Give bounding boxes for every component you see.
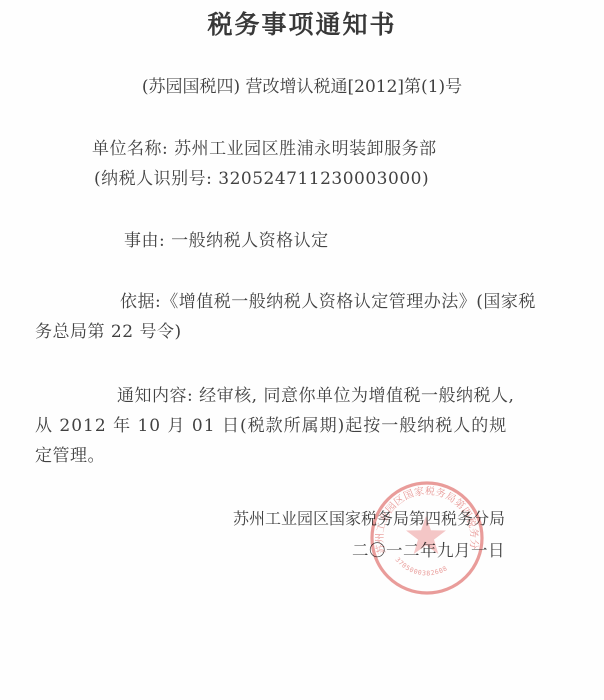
- seal-star-icon: [406, 516, 446, 554]
- legal-basis-line-2: 务总局第 22 号令): [35, 317, 182, 342]
- seal-number: 3705000382608: [394, 556, 449, 578]
- svg-text:3705000382608: 3705000382608: [394, 556, 449, 578]
- legal-basis-line-1: 依据:《增值税一般纳税人资格认定管理办法》(国家税: [120, 287, 536, 312]
- notice-content-line-3: 定管理。: [35, 441, 105, 466]
- reason-line: 事由: 一般纳税人资格认定: [124, 226, 329, 251]
- document-title: 税务事项通知书: [0, 5, 604, 41]
- notice-content-line-2: 从 2012 年 10 月 01 日(税款所属期)起按一般纳税人的规: [35, 411, 507, 436]
- official-seal-stamp: 苏州工业园区国家税务局第四税务分局 3705000382608: [367, 478, 487, 598]
- tax-notice-document: 税务事项通知书 (苏园国税四) 营改增认税通[2012]第(1)号 单位名称: …: [0, 0, 604, 700]
- taxpayer-id-line: (纳税人识别号: 320524711230003000): [94, 164, 429, 189]
- document-number: (苏园国税四) 营改增认税通[2012]第(1)号: [0, 72, 604, 97]
- unit-name-line: 单位名称: 苏州工业园区胜浦永明装卸服务部: [92, 134, 437, 159]
- notice-content-line-1: 通知内容: 经审核, 同意你单位为增值税一般纳税人,: [117, 381, 514, 406]
